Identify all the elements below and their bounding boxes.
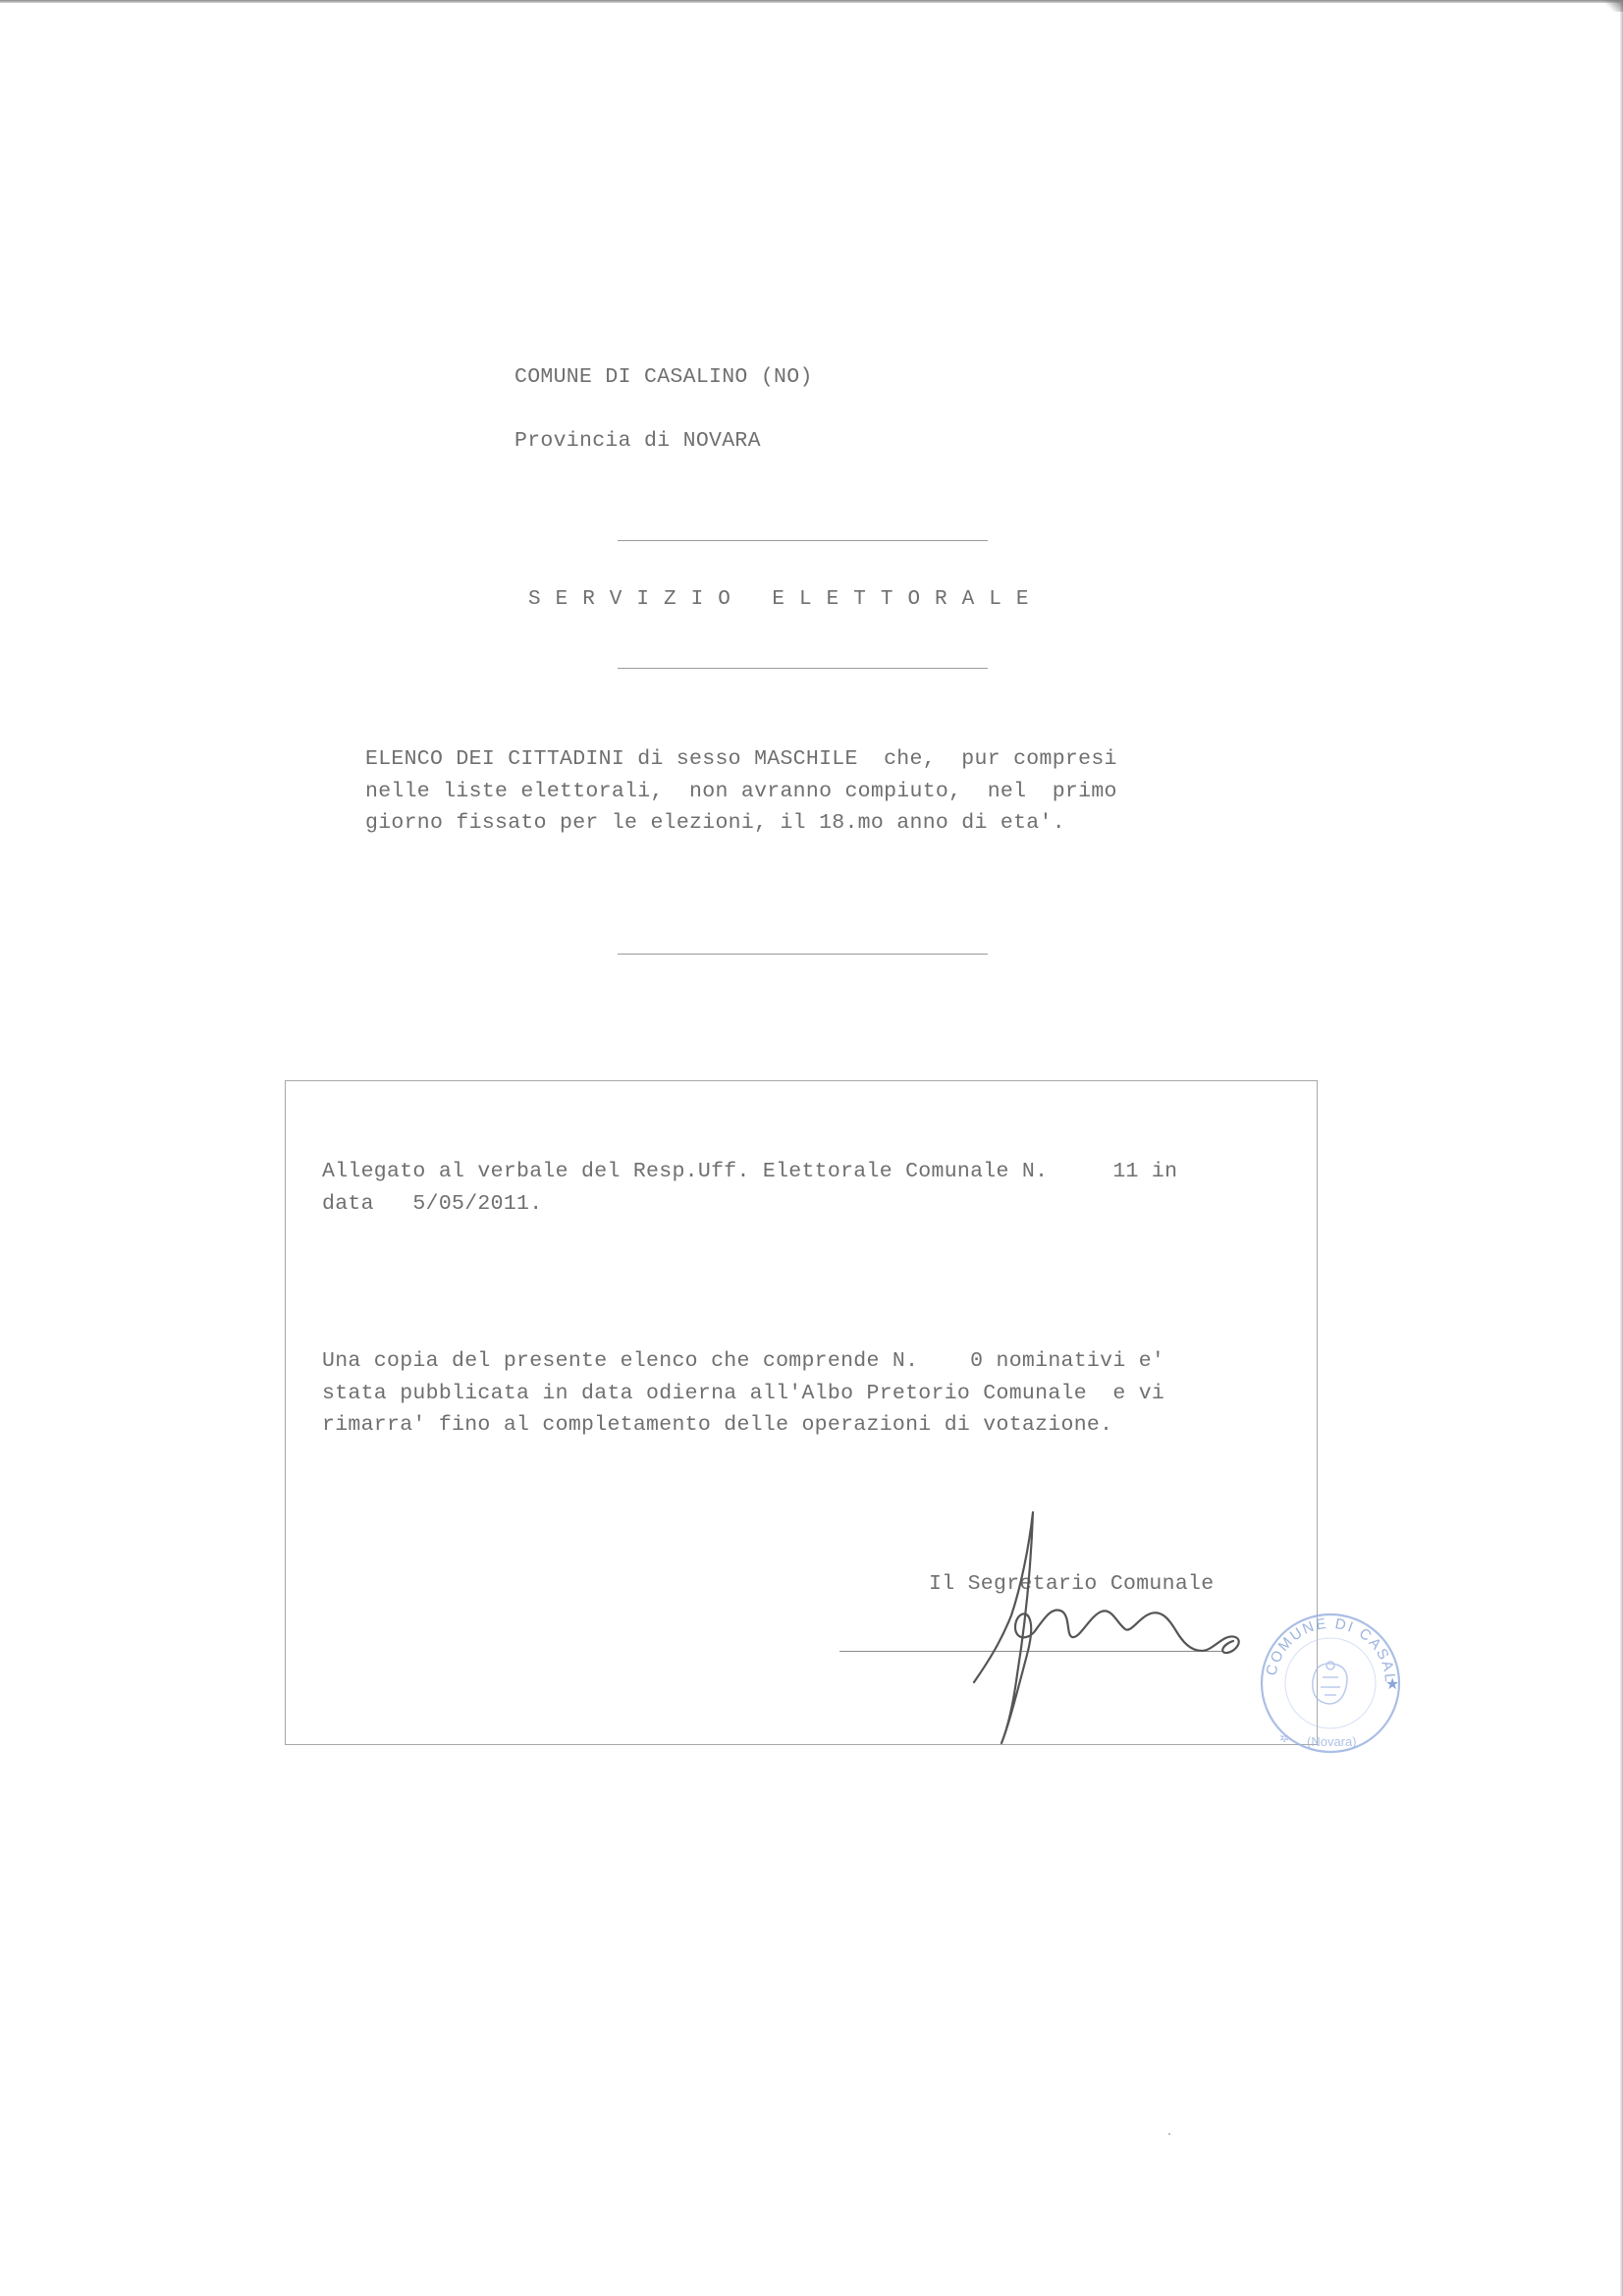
scan-speck — [1168, 2133, 1170, 2135]
intro-line: ELENCO DEI CITTADINI di sesso MASCHILE c… — [365, 743, 1117, 776]
intro-line: nelle liste elettorali, non avranno comp… — [365, 776, 1117, 808]
separator-rule — [618, 954, 988, 955]
svg-text:★: ★ — [1385, 1674, 1399, 1693]
province-name: Provincia di NOVARA — [514, 425, 761, 457]
attachment-line: Allegato al verbale del Resp.Uff. Eletto… — [322, 1156, 1177, 1188]
service-title: S E R V I Z I O E L E T T O R A L E — [528, 584, 1030, 616]
official-stamp-icon: COMUNE DI CASALINO (Novara) ★ ✲ — [1250, 1609, 1407, 1761]
publication-line: Una copia del presente elenco che compre… — [322, 1345, 1164, 1378]
handwritten-signature-icon — [943, 1507, 1276, 1748]
svg-text:✲: ✲ — [1279, 1731, 1289, 1745]
attachment-statement: Allegato al verbale del Resp.Uff. Eletto… — [322, 1156, 1177, 1220]
scan-edge-top — [0, 0, 1623, 3]
publication-line: rimarra' fino al completamento delle ope… — [322, 1409, 1164, 1442]
intro-paragraph: ELENCO DEI CITTADINI di sesso MASCHILE c… — [365, 743, 1117, 840]
intro-line: giorno fissato per le elezioni, il 18.mo… — [365, 807, 1117, 840]
svg-text:(Novara): (Novara) — [1307, 1734, 1357, 1749]
separator-rule — [618, 540, 988, 541]
attachment-line: data 5/05/2011. — [322, 1188, 1177, 1221]
municipality-name: COMUNE DI CASALINO (NO) — [514, 361, 813, 393]
publication-line: stata pubblicata in data odierna all'Alb… — [322, 1378, 1164, 1410]
publication-statement: Una copia del presente elenco che compre… — [322, 1345, 1164, 1442]
separator-rule — [618, 668, 988, 669]
scan-corner-shadow — [1603, 0, 1623, 12]
